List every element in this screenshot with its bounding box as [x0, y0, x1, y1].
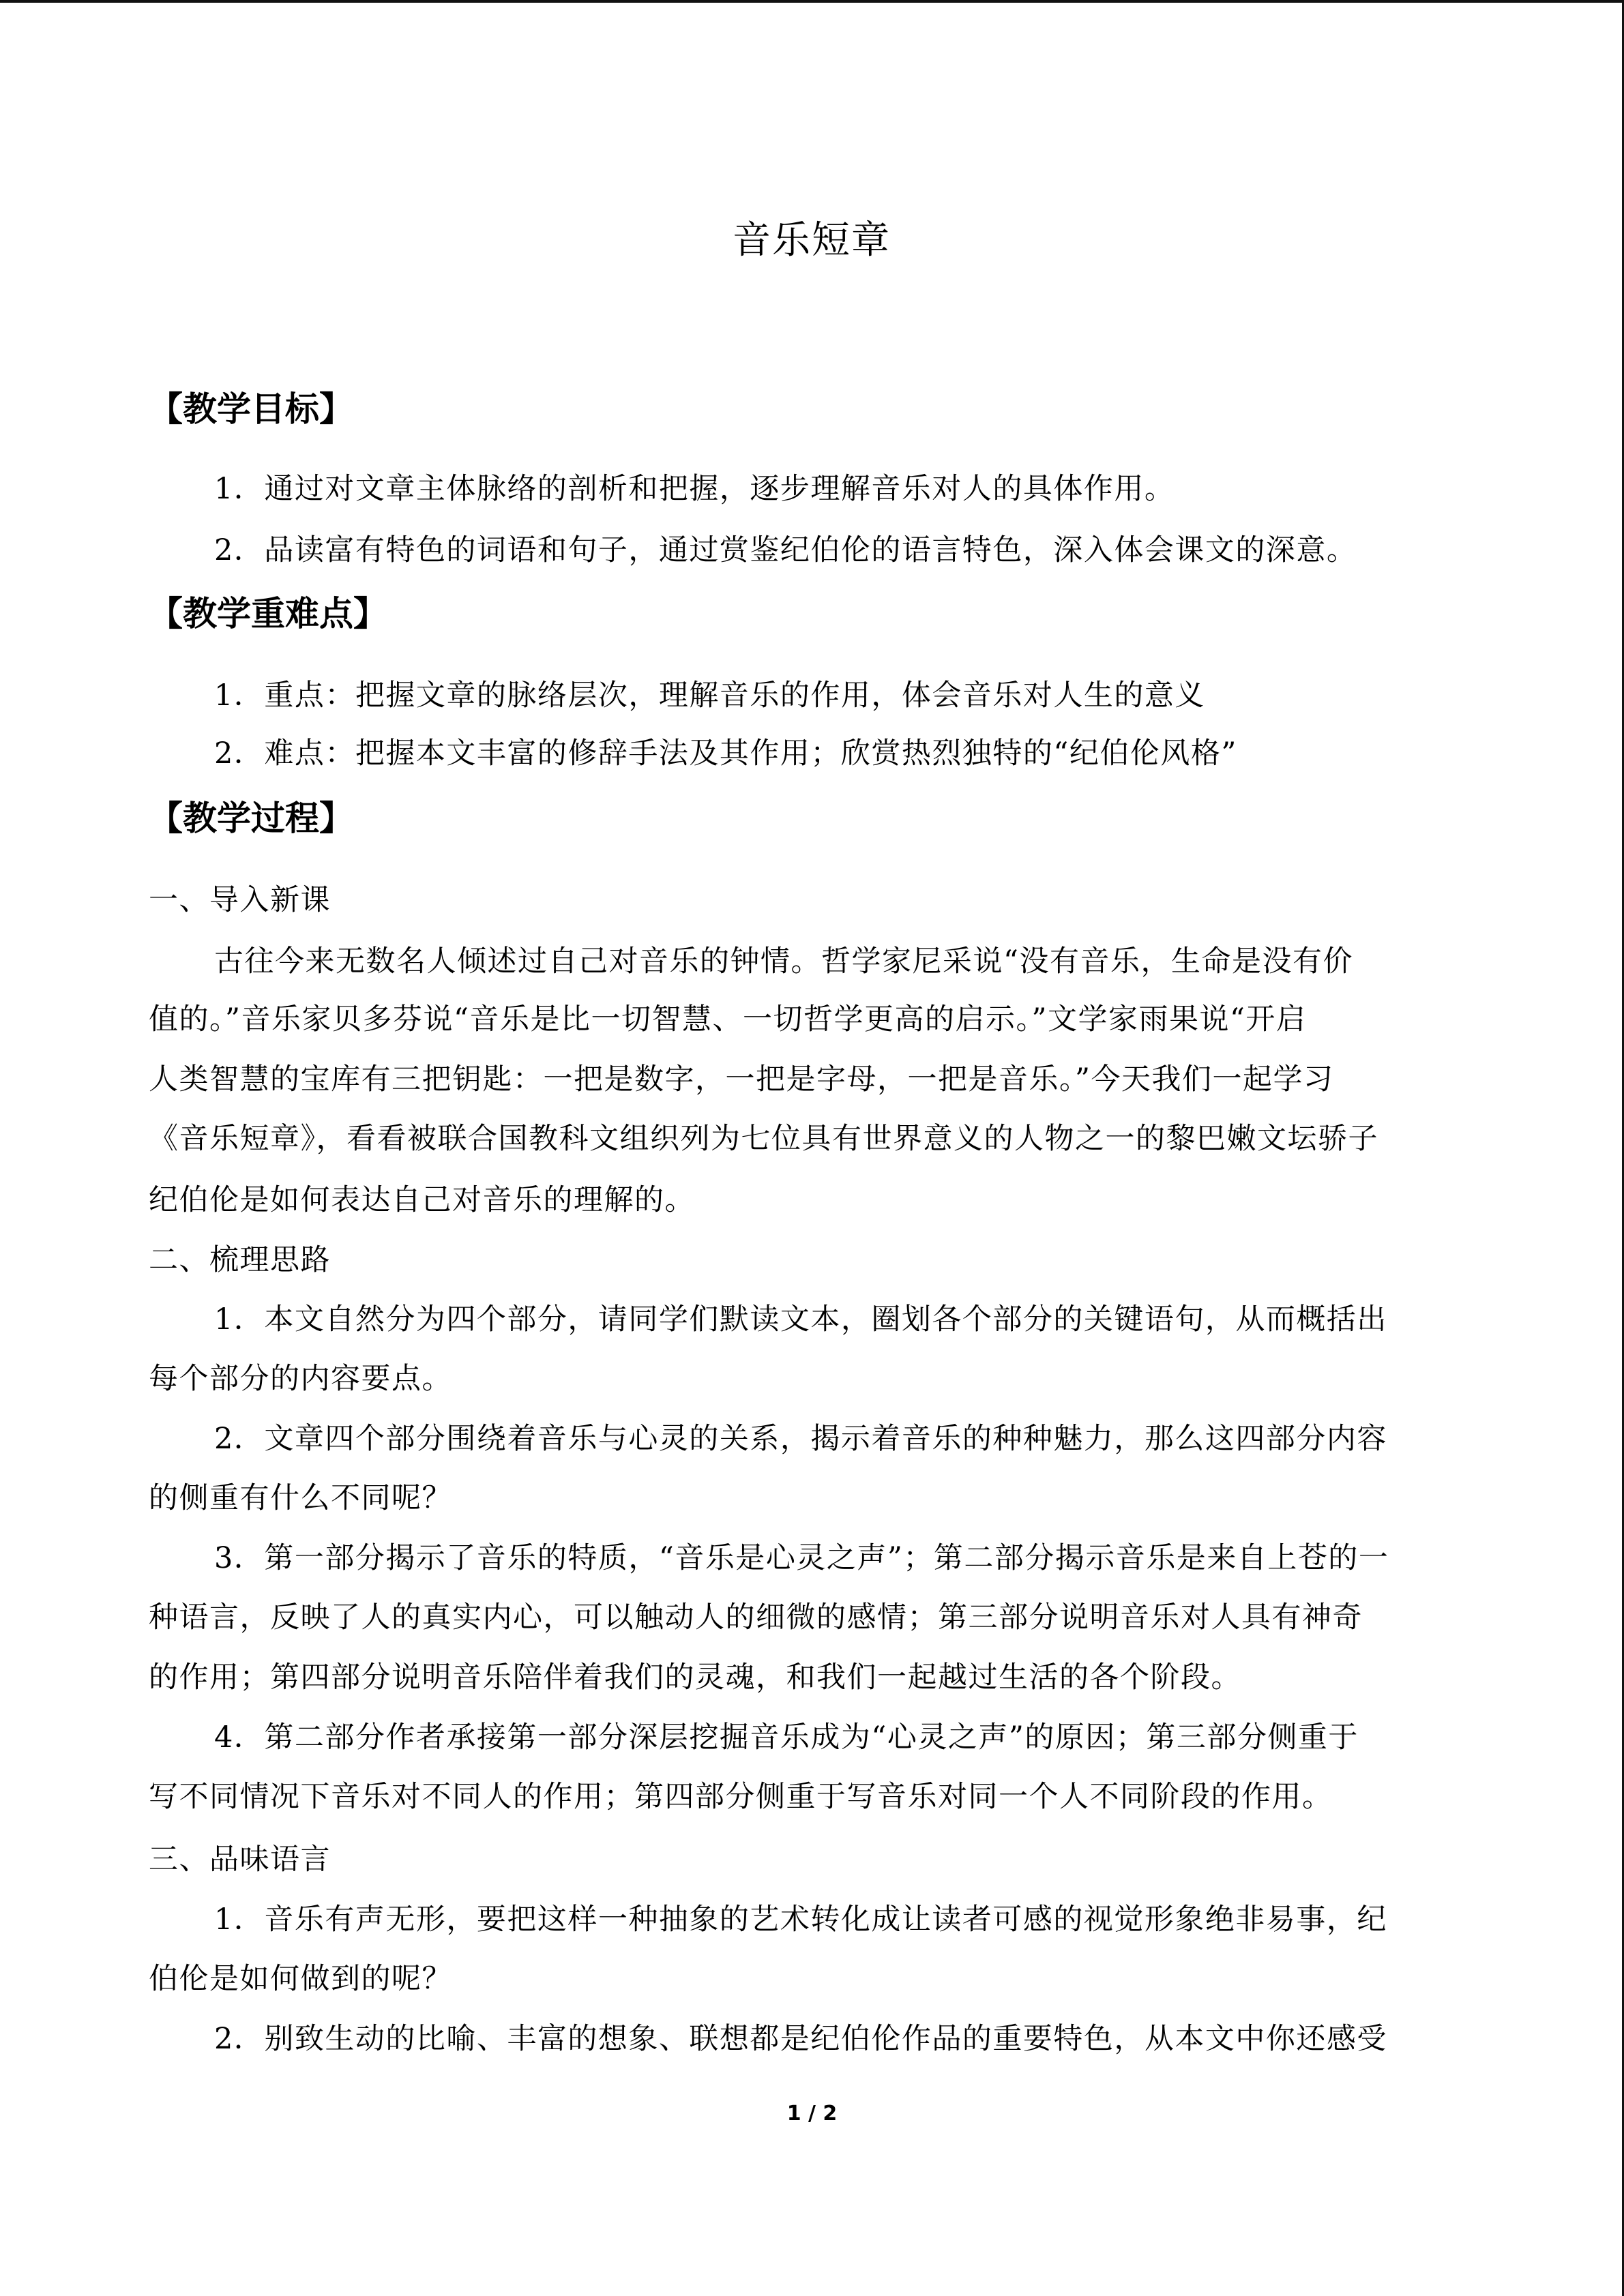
- paragraph-line: 的作用；第四部分说明音乐陪伴着我们的灵魂，和我们一起越过生活的各个阶段。: [149, 1658, 1475, 1697]
- paragraph-line: 纪伯伦是如何表达自己对音乐的理解的。: [149, 1181, 1475, 1219]
- paragraph-line: 伯伦是如何做到的呢？: [149, 1960, 1475, 1998]
- objective-item: 2．品读富有特色的词语和句子，通过赏鉴纪伯伦的语言特色，深入体会课文的深意。: [149, 531, 1475, 569]
- section-heading-process: 【教学过程】: [149, 796, 353, 840]
- paragraph-line: 3．第一部分揭示了音乐的特质，“音乐是心灵之声”；第二部分揭示音乐是来自上苍的一: [149, 1539, 1475, 1577]
- paragraph-line: 1．本文自然分为四个部分，请同学们默读文本，圈划各个部分的关键语句，从而概括出: [149, 1300, 1475, 1339]
- key-point-item: 2．难点：把握本文丰富的修辞手法及其作用；欣赏热烈独特的“纪伯伦风格”: [149, 734, 1475, 773]
- paragraph-line: 写不同情况下音乐对不同人的作用；第四部分侧重于写音乐对同一个人不同阶段的作用。: [149, 1778, 1475, 1816]
- section-heading-key-points: 【教学重难点】: [149, 592, 387, 636]
- subsection-heading-language: 三、品味语言: [149, 1840, 1475, 1879]
- paragraph-line: 每个部分的内容要点。: [149, 1360, 1475, 1398]
- paragraph-line: 2．文章四个部分围绕着音乐与心灵的关系，揭示着音乐的种种魅力，那么这四部分内容: [149, 1420, 1475, 1458]
- paragraph-line: 2．别致生动的比喻、丰富的想象、联想都是纪伯伦作品的重要特色，从本文中你还感受: [149, 2020, 1475, 2058]
- objective-item: 1．通过对文章主体脉络的剖析和把握，逐步理解音乐对人的具体作用。: [149, 470, 1475, 508]
- paragraph-line: 古往今来无数名人倾述过自己对音乐的钟情。哲学家尼采说“没有音乐，生命是没有价: [149, 942, 1475, 981]
- paragraph-line: 种语言，反映了人的真实内心，可以触动人的细微的感情；第三部分说明音乐对人具有神奇: [149, 1598, 1475, 1637]
- paragraph-line: 1．音乐有声无形，要把这样一种抽象的艺术转化成让读者可感的视觉形象绝非易事，纪: [149, 1900, 1475, 1939]
- document-title: 音乐短章: [149, 217, 1475, 265]
- subsection-heading-intro: 一、导入新课: [149, 881, 1475, 919]
- page-number: 1 / 2: [0, 2100, 1624, 2128]
- key-point-item: 1．重点：把握文章的脉络层次，理解音乐的作用，体会音乐对人生的意义: [149, 676, 1475, 715]
- paragraph-line: 的侧重有什么不同呢？: [149, 1479, 1475, 1517]
- paragraph-line: 《音乐短章》，看看被联合国教科文组织列为七位具有世界意义的人物之一的黎巴嫩文坛骄…: [149, 1120, 1475, 1158]
- paragraph-line: 值的。”音乐家贝多芬说“音乐是比一切智慧、一切哲学更高的启示。”文学家雨果说“开…: [149, 1000, 1475, 1039]
- section-heading-objectives: 【教学目标】: [149, 387, 353, 431]
- subsection-heading-structure: 二、梳理思路: [149, 1241, 1475, 1279]
- page-border-top: [0, 0, 1624, 3]
- paragraph-line: 4．第二部分作者承接第一部分深层挖掘音乐成为“心灵之声”的原因；第三部分侧重于: [149, 1718, 1475, 1757]
- paragraph-line: 人类智慧的宝库有三把钥匙：一把是数字，一把是字母，一把是音乐。”今天我们一起学习: [149, 1060, 1475, 1099]
